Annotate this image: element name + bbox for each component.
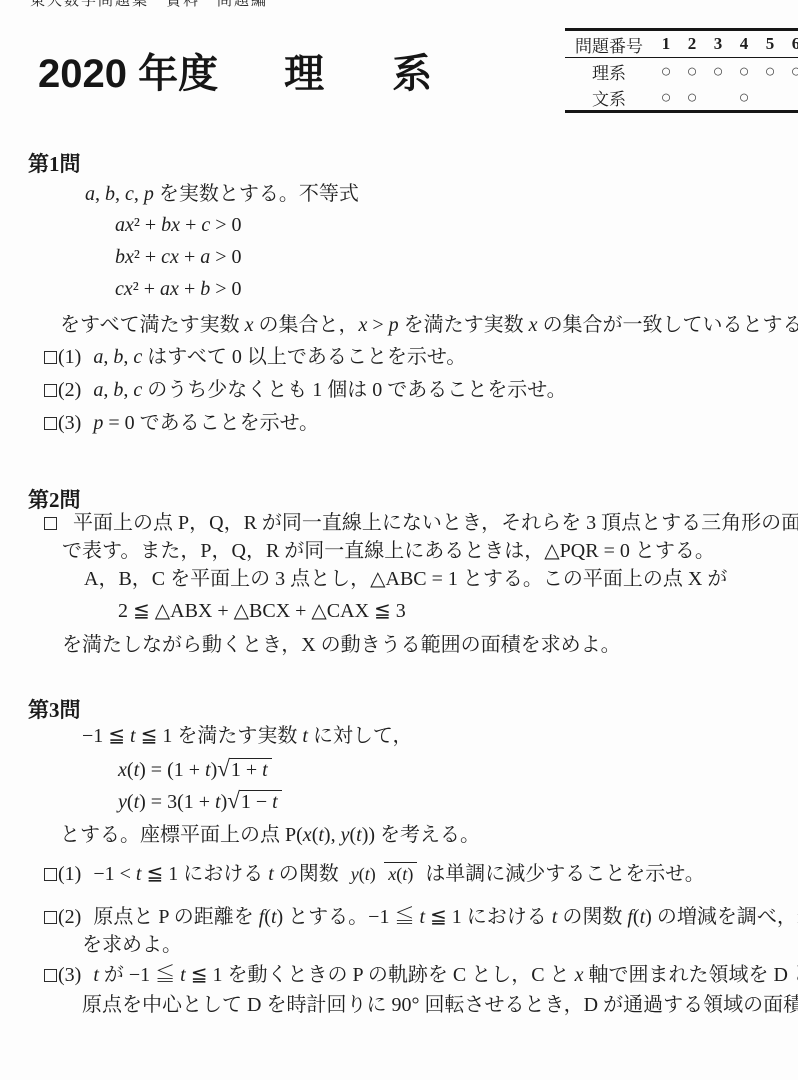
item-text: t が −1 ≦ t ≦ 1 を動くときの P の軌跡を C とし，C と x … xyxy=(93,964,798,986)
table-row-rikei: 理系 ○ ○ ○ ○ ○ ○ xyxy=(565,58,798,84)
checkbox-icon xyxy=(44,911,57,924)
mark-circle: ○ xyxy=(783,62,798,80)
problem1-intro: a, b, c, p を実数とする。不等式 xyxy=(85,182,359,207)
table-col-6: 6 xyxy=(783,34,798,54)
radicand: 1 − t xyxy=(239,790,282,813)
mark-circle: ○ xyxy=(679,88,705,106)
problem2-line-4: を満たしながら動くとき，X の動きうる範囲の面積を求めよ。 xyxy=(62,633,621,658)
radical-sign: √ xyxy=(227,788,240,813)
fraction-denominator: x(t) xyxy=(384,862,417,884)
equation-lhs: x(t) = (1 + t) xyxy=(118,759,217,781)
problem1-item-2: (2)a, b, c のうち少なくとも 1 個は 0 であることを示せ。 xyxy=(44,378,567,403)
equation-lhs: y(t) = 3(1 + t) xyxy=(118,791,227,813)
problem3-after: とする。座標平面上の点 P(x(t), y(t)) を考える。 xyxy=(60,823,480,848)
item-number: (3) xyxy=(58,964,81,986)
problem3-equation-x: x(t) = (1 + t)√1 + t xyxy=(118,755,272,784)
item-number: (2) xyxy=(58,379,81,401)
table-header-row: 問題番号 1 2 3 4 5 6 xyxy=(565,31,798,58)
problem3-item-2: (2)原点と P の距離を f(t) とする。−1 ≦ t ≦ 1 における t… xyxy=(44,905,798,930)
exam-document-page: 東大数学問題集 資料 問題編 2020 年度理 系 問題番号 1 2 3 4 5… xyxy=(0,0,798,1080)
problem3-item-3-cont: 原点を中心として D を時計回りに 90° 回転させるとき，D が通過する領域の… xyxy=(82,993,798,1018)
problem1-equation-1: ax² + bx + c > 0 xyxy=(115,213,242,238)
row-label-rikei: 理系 xyxy=(565,59,653,84)
checkbox-icon xyxy=(44,969,57,982)
mark-circle: ○ xyxy=(757,62,783,80)
fraction-numerator: y(t) xyxy=(347,864,380,886)
item-text: p = 0 であることを示せ。 xyxy=(93,412,319,434)
problem1-item-1: (1)a, b, c はすべて 0 以上であることを示せ。 xyxy=(44,345,466,370)
table-col-1: 1 xyxy=(653,34,679,54)
item-text: a, b, c のうち少なくとも 1 個は 0 であることを示せ。 xyxy=(93,379,566,401)
checkbox-icon xyxy=(44,417,57,430)
problem2-equation: 2 ≦ △ABX + △BCX + △CAX ≦ 3 xyxy=(118,599,406,624)
title-year: 2020 年度 xyxy=(38,52,218,96)
problem3-equation-y: y(t) = 3(1 + t)√1 − t xyxy=(118,787,282,816)
item-text: 原点と P の距離を f(t) とする。−1 ≦ t ≦ 1 における t の関… xyxy=(93,906,798,928)
item-text: a, b, c はすべて 0 以上であることを示せ。 xyxy=(93,346,466,368)
fraction: y(t) x(t) xyxy=(347,863,418,886)
problem3-item-1: (1)−1 < t ≦ 1 における t の関数 y(t) x(t) は単調に減… xyxy=(44,848,705,900)
item-number: (1) xyxy=(58,346,81,368)
item-number: (1) xyxy=(58,862,81,887)
running-head-cropped: 東大数学問題集 資料 問題編 xyxy=(30,0,268,10)
checkbox-icon xyxy=(44,351,57,364)
radicand: 1 + t xyxy=(229,758,272,781)
problem2-text-1: 平面上の点 P，Q，R が同一直線上にないとき，それらを 3 頂点とする三角形の… xyxy=(73,512,798,534)
title-course: 理 系 xyxy=(284,52,446,96)
table-row-bunkei: 文系 ○ ○ ○ xyxy=(565,84,798,110)
problem3-item-2-cont: を求めよ。 xyxy=(82,933,182,958)
problem2-line-3: A，B，C を平面上の 3 点とし，△ABC = 1 とする。この平面上の点 X… xyxy=(84,567,727,592)
mark-circle: ○ xyxy=(679,62,705,80)
problem3-item-3: (3)t が −1 ≦ t ≦ 1 を動くときの P の軌跡を C とし，C と… xyxy=(44,963,798,988)
table-col-2: 2 xyxy=(679,34,705,54)
problem1-conclusion: をすべて満たす実数 x の集合と，x > p を満たす実数 x の集合が一致して… xyxy=(60,313,798,338)
mark-circle: ○ xyxy=(731,88,757,106)
item-number: (2) xyxy=(58,906,81,928)
problem3-intro: −1 ≦ t ≦ 1 を満たす実数 t に対して， xyxy=(82,724,413,749)
problem2-line-2: で表す。また，P，Q，R が同一直線上にあるときは，△PQR = 0 とする。 xyxy=(62,539,715,564)
checkbox-icon xyxy=(44,384,57,397)
radical-sign: √ xyxy=(217,756,230,781)
mark-circle: ○ xyxy=(705,62,731,80)
row-label-bunkei: 文系 xyxy=(565,85,653,110)
problem-number-table: 問題番号 1 2 3 4 5 6 理系 ○ ○ ○ ○ ○ ○ 文系 ○ ○ ○ xyxy=(565,28,798,113)
problem2-heading: 第2問 xyxy=(28,484,81,514)
item-number: (3) xyxy=(58,412,81,434)
checkbox-icon xyxy=(44,517,57,530)
table-col-3: 3 xyxy=(705,34,731,54)
table-col-5: 5 xyxy=(757,34,783,54)
mark-circle: ○ xyxy=(653,88,679,106)
table-col-4: 4 xyxy=(731,34,757,54)
problem3-heading: 第3問 xyxy=(28,694,81,724)
problem1-item-3: (3)p = 0 であることを示せ。 xyxy=(44,411,319,436)
problem1-equation-3: cx² + ax + b > 0 xyxy=(115,277,242,302)
mark-circle: ○ xyxy=(653,62,679,80)
item-text-post: は単調に減少することを示せ。 xyxy=(425,862,704,887)
table-corner-label: 問題番号 xyxy=(565,32,653,57)
problem2-line-1: 平面上の点 P，Q，R が同一直線上にないとき，それらを 3 頂点とする三角形の… xyxy=(44,511,798,536)
page-title: 2020 年度理 系 xyxy=(38,42,446,99)
problem1-heading: 第1問 xyxy=(28,148,81,178)
mark-circle: ○ xyxy=(731,62,757,80)
checkbox-icon xyxy=(44,868,57,881)
problem1-equation-2: bx² + cx + a > 0 xyxy=(115,245,242,270)
item-text-pre: −1 < t ≦ 1 における t の関数 xyxy=(93,862,338,887)
